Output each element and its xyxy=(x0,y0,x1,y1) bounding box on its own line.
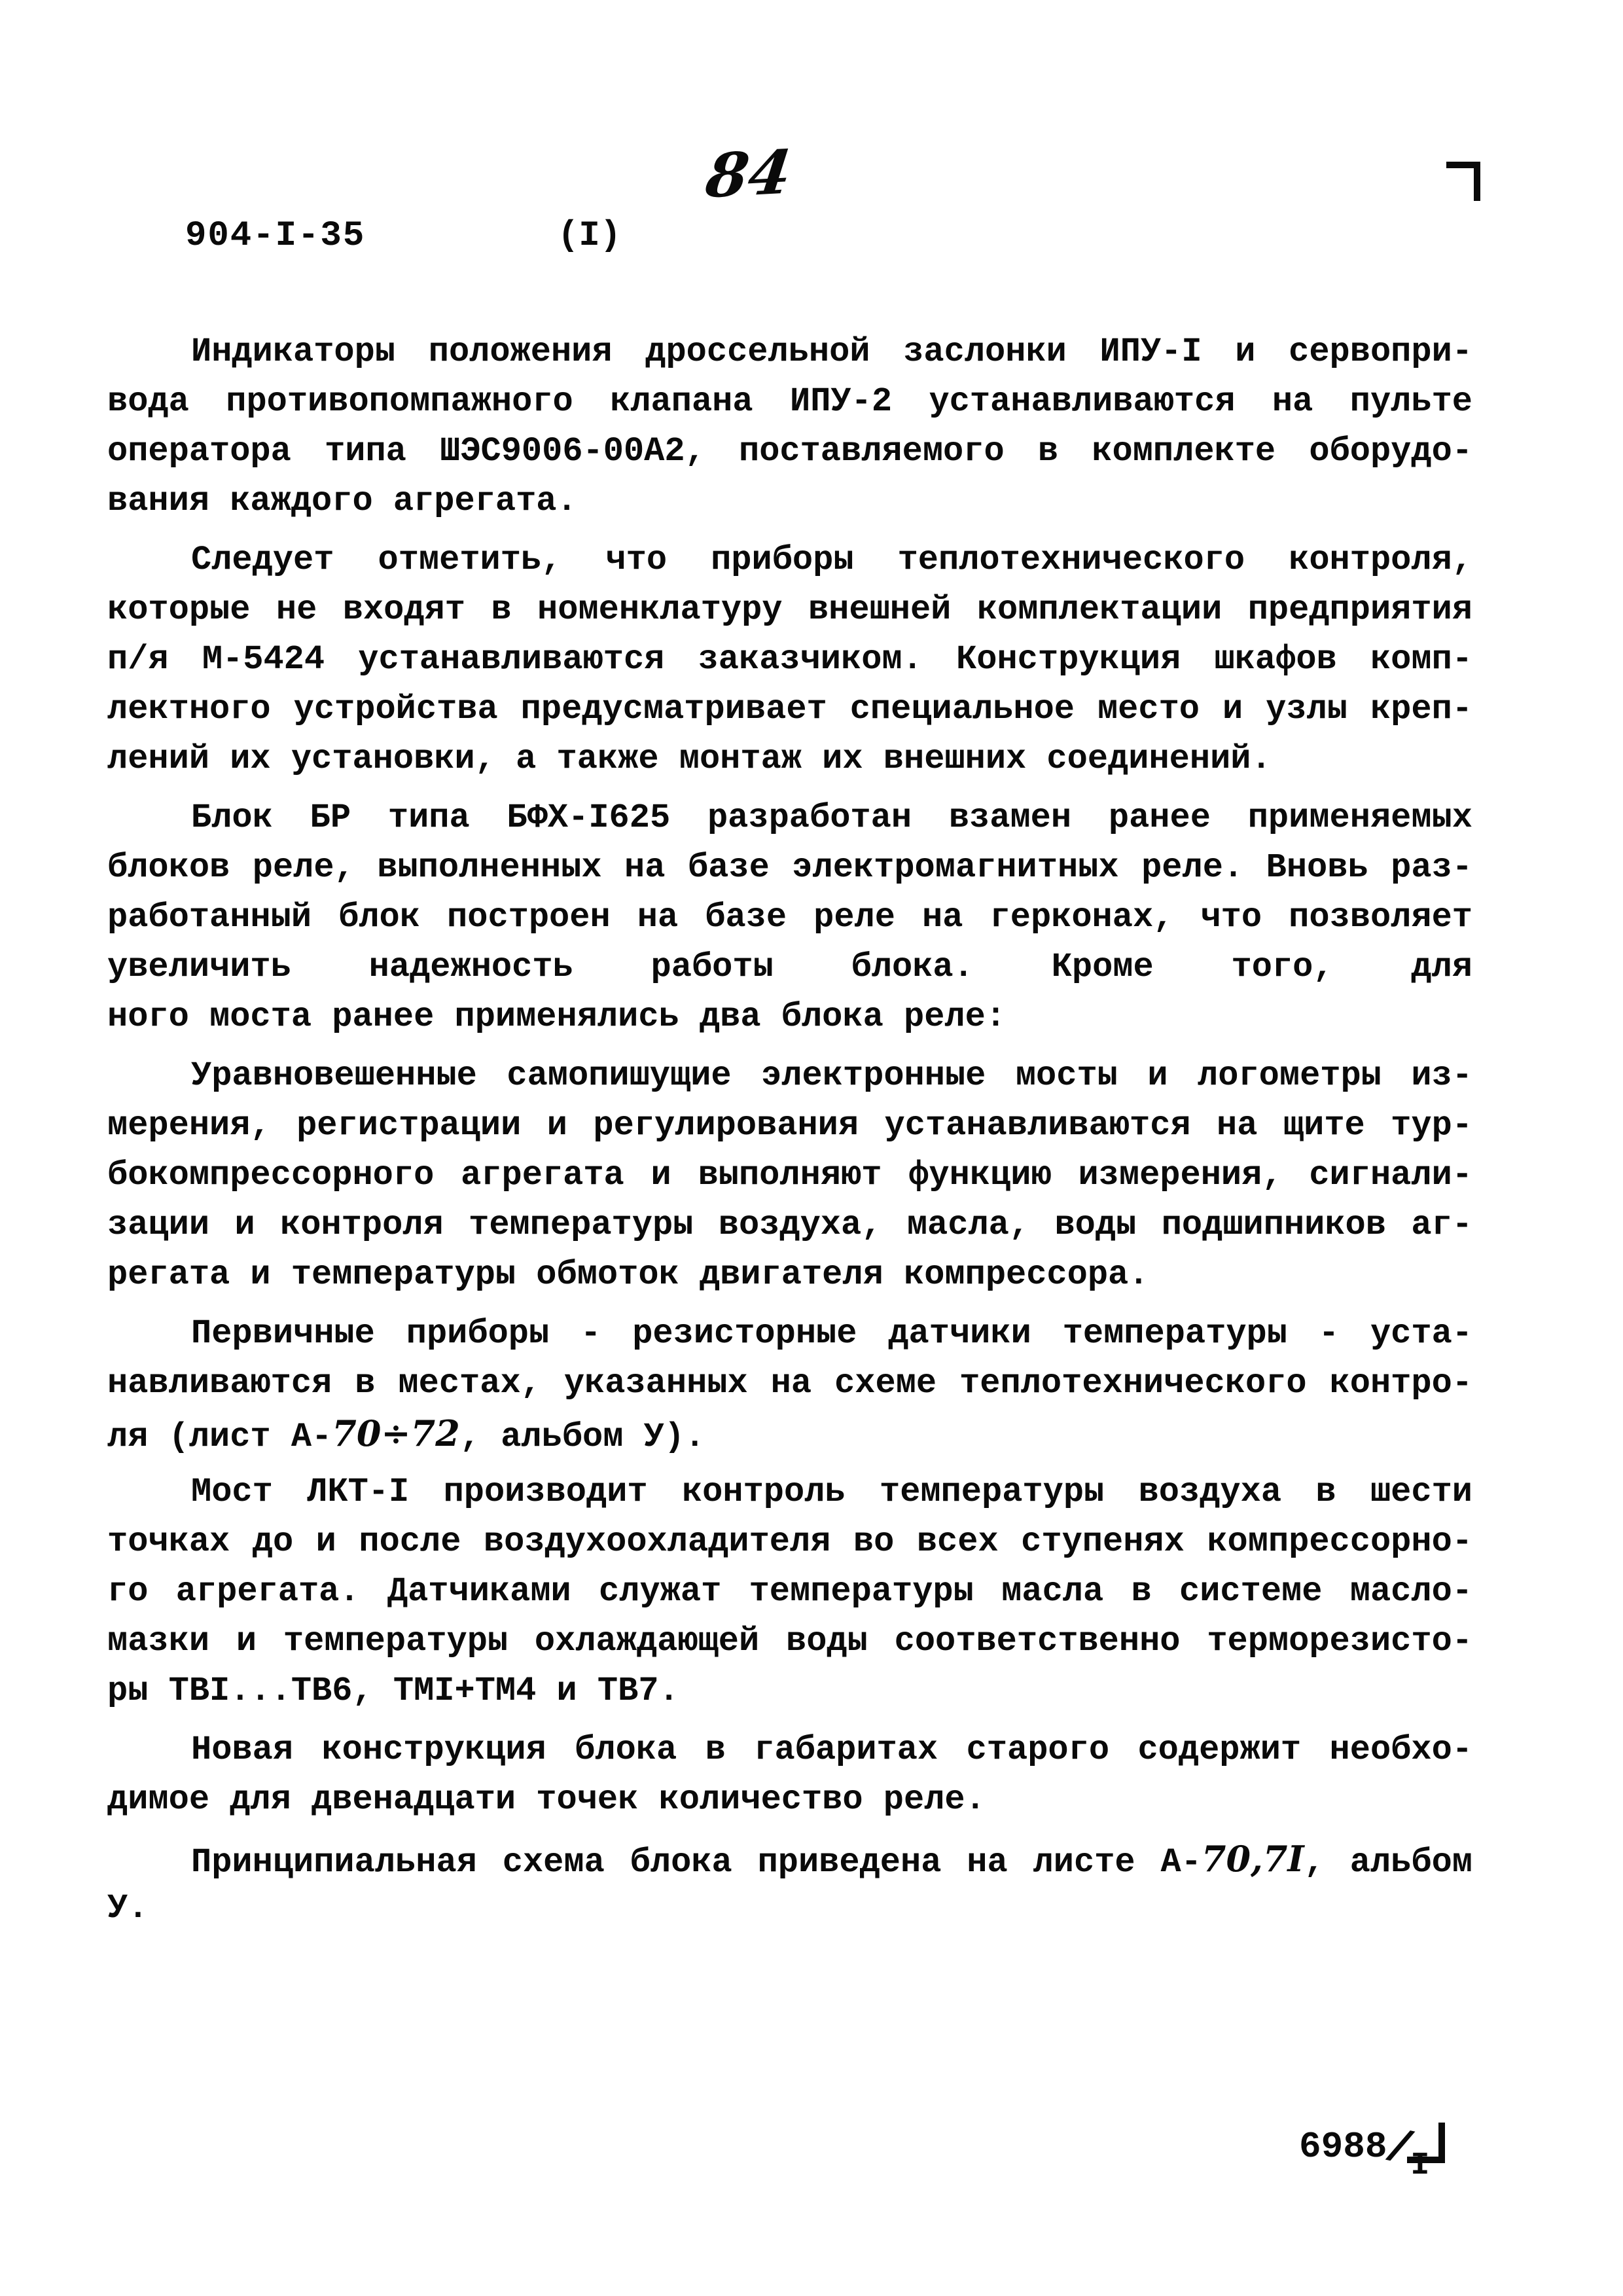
paragraph: Блок БР типа БФХ-I625 разработан взамен … xyxy=(107,793,1472,1042)
text-line: ного моста ранее применялись два блока р… xyxy=(107,992,1472,1042)
text-line: У. xyxy=(107,1884,1472,1933)
text-line: мерения, регистрации и регулирования уст… xyxy=(107,1101,1472,1151)
text-line: Следует отметить, что приборы теплотехни… xyxy=(107,535,1472,585)
text-line: вания каждого агрегата. xyxy=(107,476,1472,526)
text-line: навливаются в местах, указанных на схеме… xyxy=(107,1359,1472,1408)
text-line: лектного устройства предусматривает спец… xyxy=(107,685,1472,734)
text-line: ры ТВI...ТВ6, ТМI+ТМ4 и ТВ7. xyxy=(107,1666,1472,1716)
text-line: димое для двенадцати точек количество ре… xyxy=(107,1775,1472,1825)
document-body: Индикаторы положения дроссельной заслонк… xyxy=(107,327,1472,1943)
handwritten-sheet-number: 70,7I xyxy=(1202,1838,1304,1880)
paragraph: Уравновешенные самопишущие электронные м… xyxy=(107,1051,1472,1300)
text-line: блоков реле, выполненных на базе электро… xyxy=(107,843,1472,893)
handwritten-sheet-number: 70÷72 xyxy=(332,1412,460,1454)
text-line: работанный блок построен на базе реле на… xyxy=(107,893,1472,942)
paragraph: Индикаторы положения дроссельной заслонк… xyxy=(107,327,1472,526)
corner-bracket-icon xyxy=(1407,2123,1445,2163)
paragraph: Новая конструкция блока в габаритах стар… xyxy=(107,1725,1472,1825)
text-line: регата и температуры обмоток двигателя к… xyxy=(107,1250,1472,1300)
text-line: го агрегата. Датчиками служат температур… xyxy=(107,1567,1472,1617)
text-line: п/я М-5424 устанавливаются заказчиком. К… xyxy=(107,635,1472,685)
scanned-document-page: 84 904-I-35 (I) Индикаторы положения дро… xyxy=(0,0,1623,2296)
text-line: Индикаторы положения дроссельной заслонк… xyxy=(107,327,1472,377)
paragraph: Мост ЛКТ-I производит контроль температу… xyxy=(107,1467,1472,1716)
text-line: бокомпрессорного агрегата и выполняют фу… xyxy=(107,1151,1472,1200)
text-segment: Принципиальная схема блока приведена на … xyxy=(191,1843,1202,1882)
text-segment: , альбом xyxy=(1304,1843,1472,1882)
text-line: Уравновешенные самопишущие электронные м… xyxy=(107,1051,1472,1101)
text-line: ля (лист А-70÷72, альбом У). xyxy=(107,1408,1472,1458)
paragraph: Следует отметить, что приборы теплотехни… xyxy=(107,535,1472,784)
text-line: которые не входят в номенклатуру внешней… xyxy=(107,585,1472,635)
text-line: Принципиальная схема блока приведена на … xyxy=(107,1834,1472,1884)
text-line: вода противопомпажного клапана ИПУ-2 уст… xyxy=(107,377,1472,427)
paragraph: Первичные приборы - резисторные датчики … xyxy=(107,1309,1472,1458)
paragraph: Принципиальная схема блока приведена на … xyxy=(107,1834,1472,1933)
text-line: Мост ЛКТ-I производит контроль температу… xyxy=(107,1467,1472,1517)
text-line: Блок БР типа БФХ-I625 разработан взамен … xyxy=(107,793,1472,843)
handwritten-page-number: 84 xyxy=(702,137,795,212)
text-line: Первичные приборы - резисторные датчики … xyxy=(107,1309,1472,1359)
text-segment: , альбом У). xyxy=(460,1418,705,1456)
document-code: 904-I-35 xyxy=(185,216,365,256)
corner-bracket-icon xyxy=(1446,162,1480,201)
text-line: оператора типа ШЭС9006-00А2, поставляемо… xyxy=(107,427,1472,476)
text-line: Новая конструкция блока в габаритах стар… xyxy=(107,1725,1472,1775)
text-line: зации и контроля температуры воздуха, ма… xyxy=(107,1200,1472,1250)
text-line: увеличить надежность работы блока. Кроме… xyxy=(107,942,1472,992)
text-segment: ля (лист А- xyxy=(107,1418,332,1456)
order-number-main: 6988 xyxy=(1299,2126,1387,2168)
text-line: точках до и после воздухоохладителя во в… xyxy=(107,1517,1472,1567)
part-label: (I) xyxy=(558,216,621,256)
text-line: лений их установки, а также монтаж их вн… xyxy=(107,734,1472,784)
text-line: мазки и температуры охлаждающей воды соо… xyxy=(107,1617,1472,1666)
